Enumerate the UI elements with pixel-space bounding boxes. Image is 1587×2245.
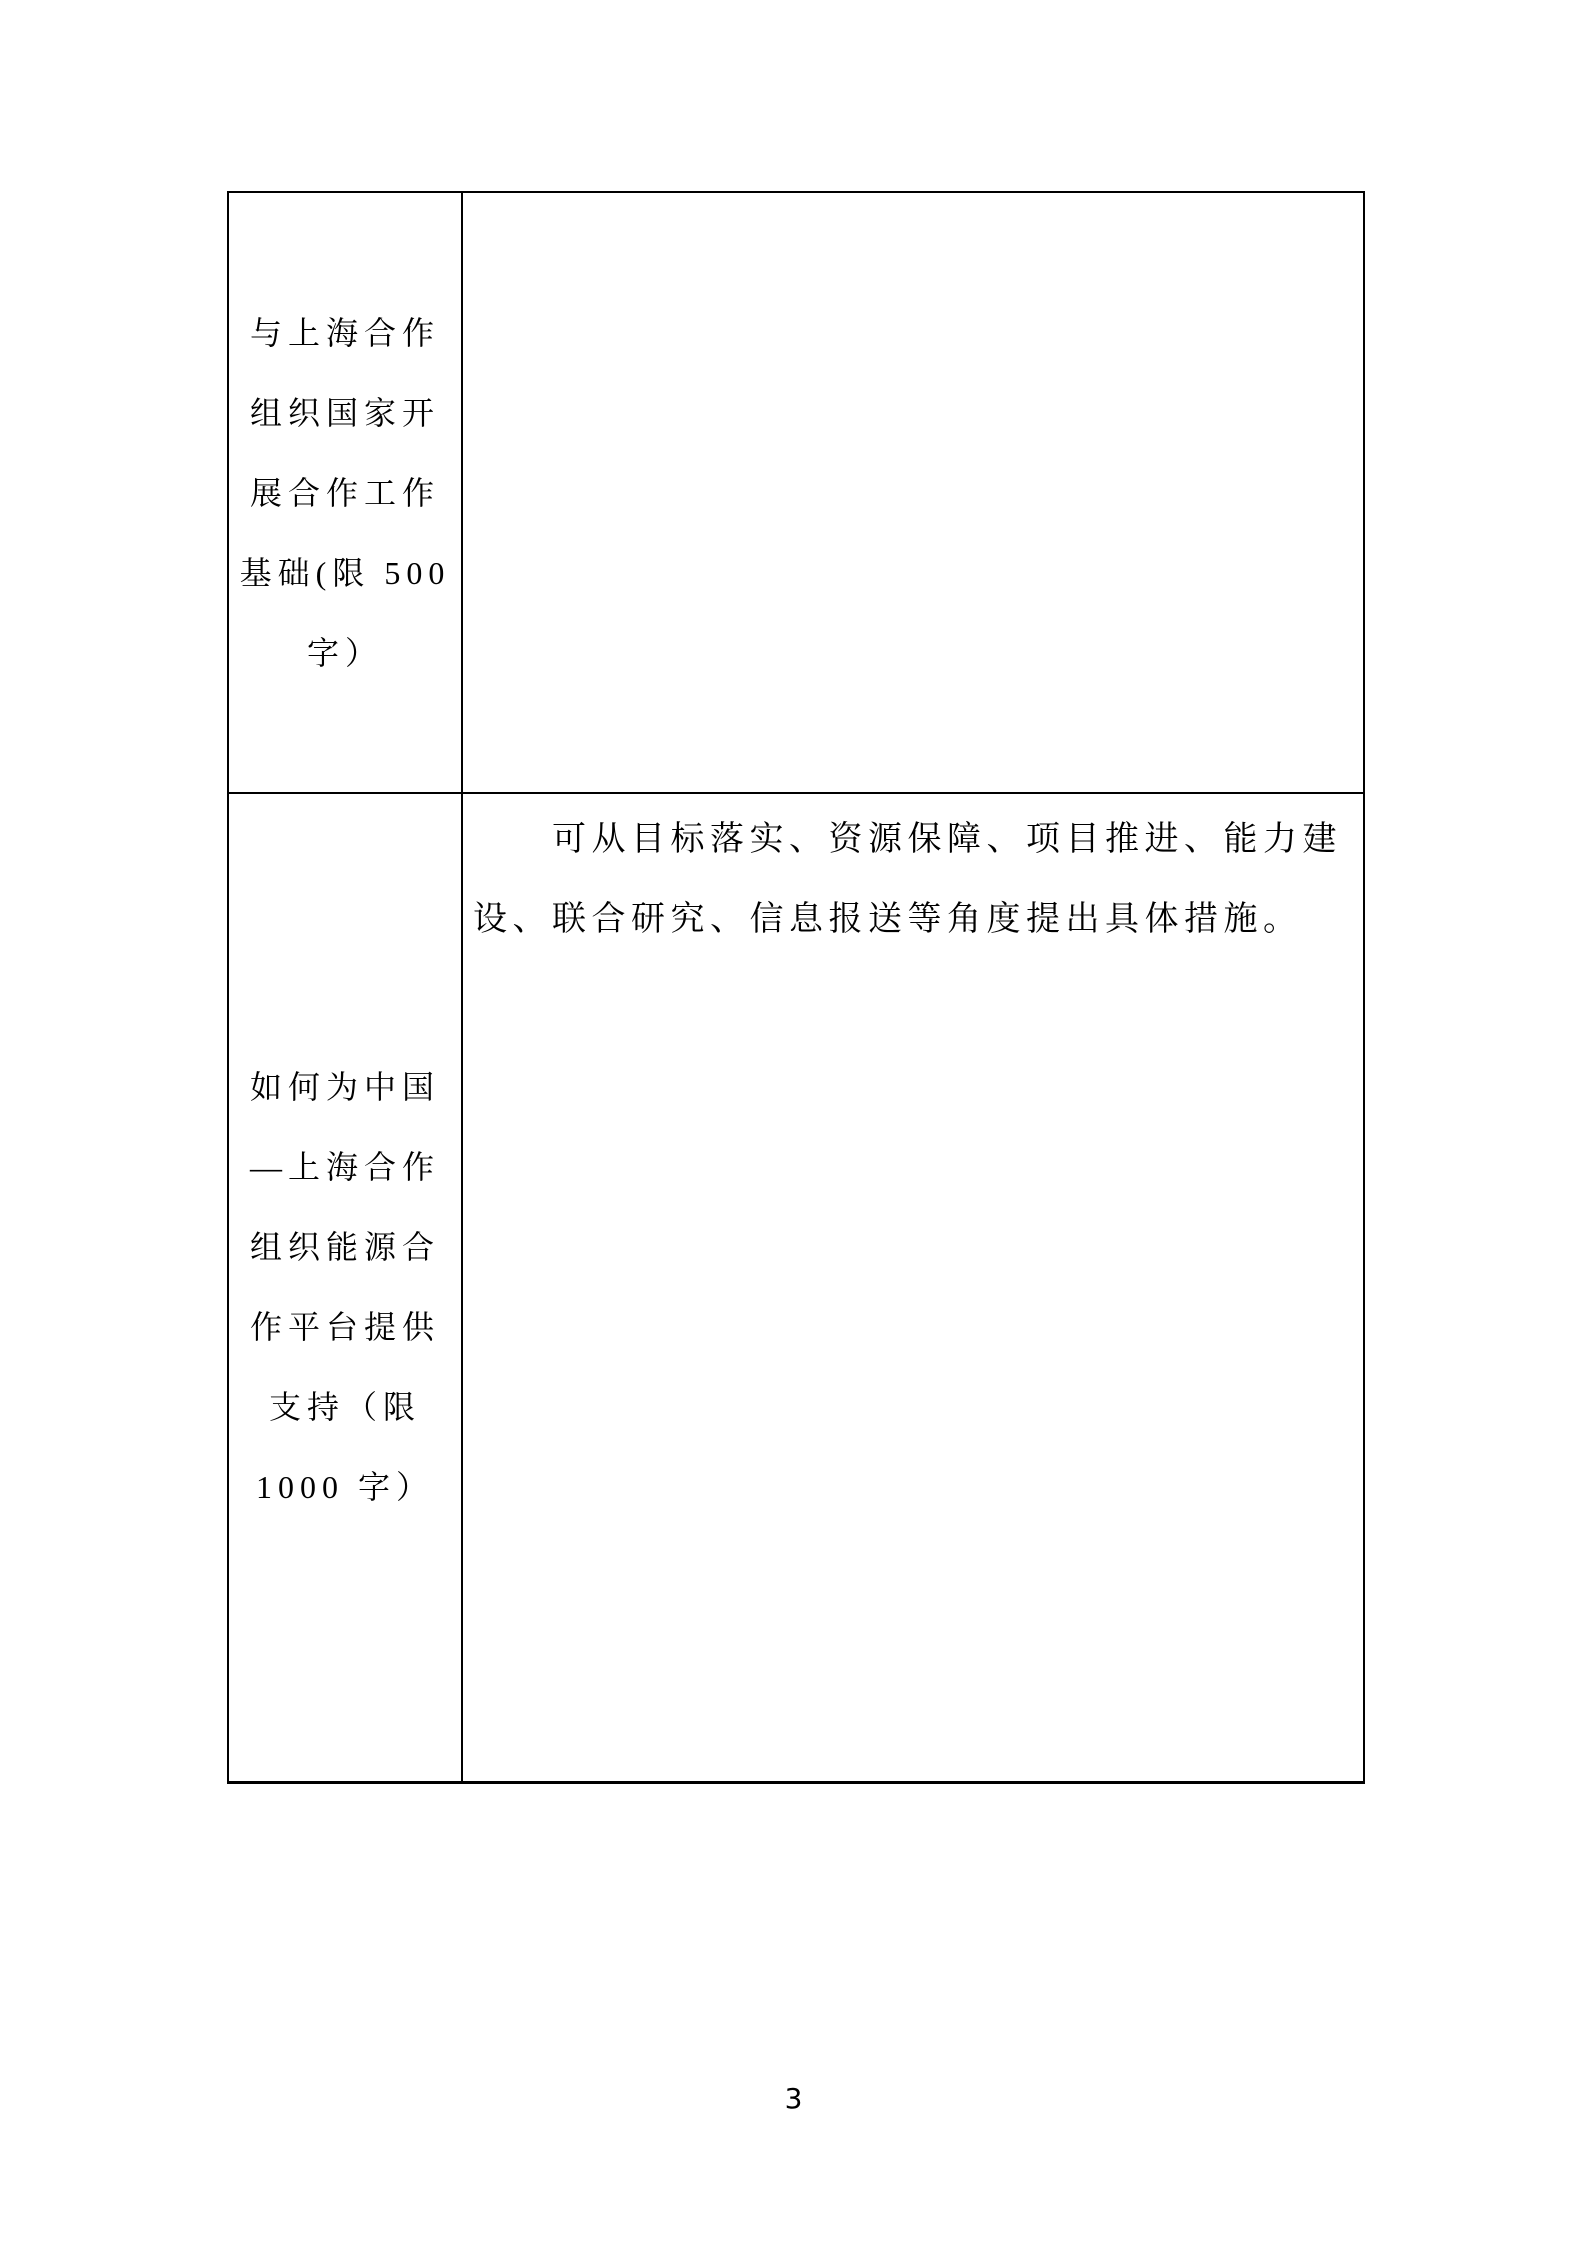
table-row: 如何为中国 —上海合作 组织能源合 作平台提供 支持（限 1000 字） 可从目…	[228, 793, 1364, 1782]
cooperation-basis-content-cell	[462, 192, 1364, 793]
form-table: 与上海合作 组织国家开 展合作工作 基础(限 500 字） 如何为中国 —上海合…	[227, 191, 1365, 1784]
table-row: 与上海合作 组织国家开 展合作工作 基础(限 500 字）	[228, 192, 1364, 793]
platform-support-label-cell: 如何为中国 —上海合作 组织能源合 作平台提供 支持（限 1000 字）	[228, 793, 462, 1782]
platform-support-instructions: 可从目标落实、资源保障、项目推进、能力建 设、联合研究、信息报送等角度提出具体措…	[473, 800, 1345, 960]
platform-support-content-cell: 可从目标落实、资源保障、项目推进、能力建 设、联合研究、信息报送等角度提出具体措…	[462, 793, 1364, 1782]
cooperation-basis-label-cell: 与上海合作 组织国家开 展合作工作 基础(限 500 字）	[228, 192, 462, 793]
page-number: 3	[0, 2082, 1587, 2115]
document-page: 与上海合作 组织国家开 展合作工作 基础(限 500 字） 如何为中国 —上海合…	[0, 0, 1587, 2245]
